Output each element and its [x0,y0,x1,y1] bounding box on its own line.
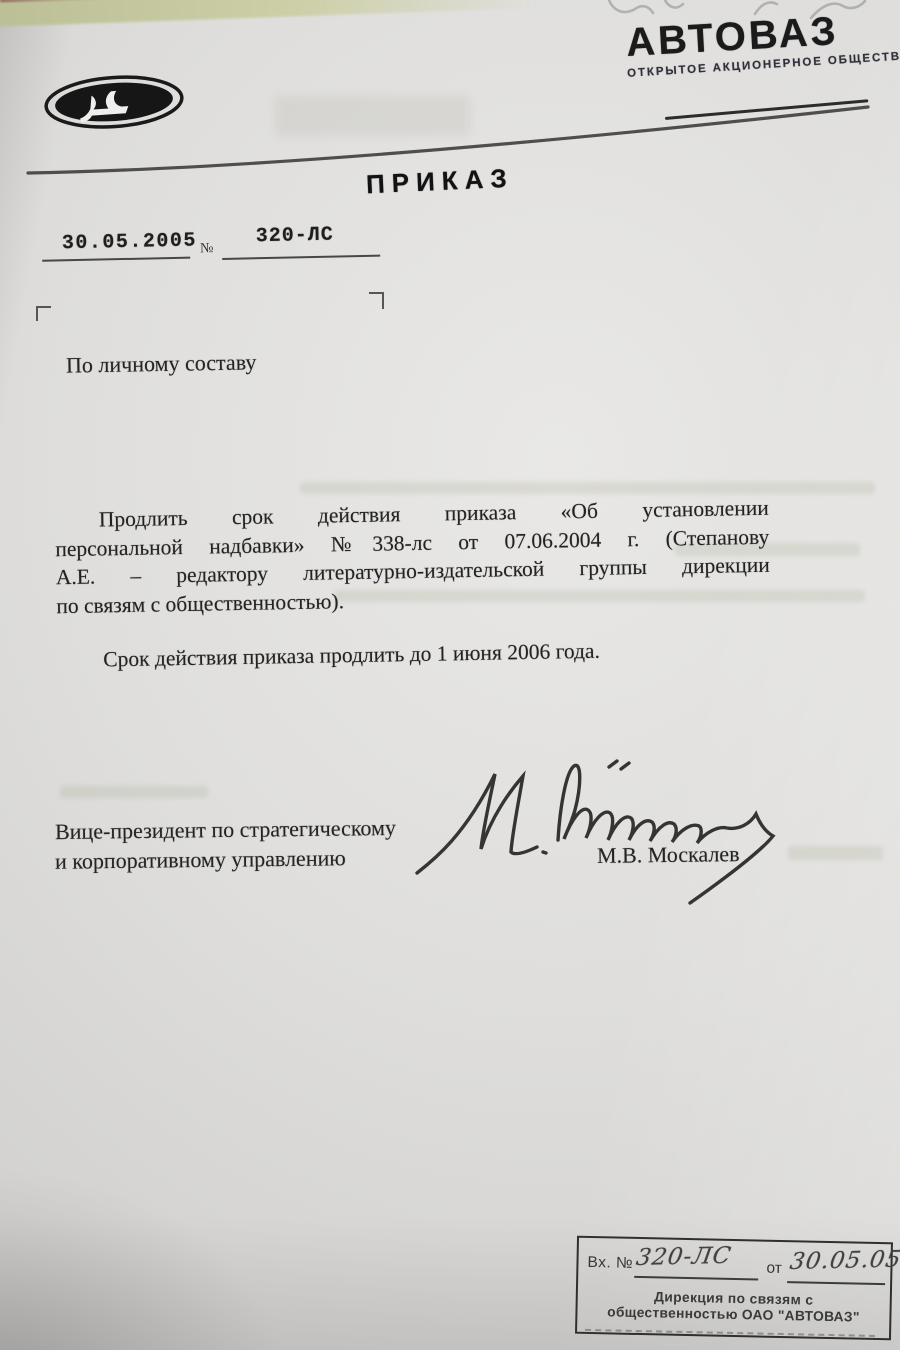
order-body: Продлить срок действия приказа «Об устан… [55,494,772,675]
order-number: 320-ЛС [256,224,334,249]
signer-title-line1: Вице-президент по стратегическому [55,815,396,845]
body-paragraph-2: Срок действия приказа продлить до 1 июня… [57,634,771,675]
number-sign: № [200,241,214,257]
stamp-date-underline [787,1281,885,1285]
stamp-in-number-handwritten: 320-ЛС [634,1243,733,1271]
date-number-row: 30.05.2005 № 320-ЛС [40,221,401,274]
stamp-from-label: от [766,1260,782,1278]
signer-title-line2: и корпоративному управлению [55,845,346,875]
scanned-order-page: АВТОВАЗ ОТКРЫТОЕ АКЦИОНЕРНОЕ ОБЩЕСТВО ПР… [0,0,900,1350]
corner-mark-right [369,292,384,309]
stamp-in-label: Вх. № [587,1254,633,1273]
stamp-bottom-smudge [585,1329,875,1337]
header-divider-line [0,0,900,260]
incoming-stamp: Вх. № 320-ЛС от 30.05.05г. Дирекция по с… [575,1236,893,1341]
handwritten-signature [415,755,825,915]
bleedthrough-mark [300,482,875,494]
stamp-number-underline [634,1276,758,1281]
date-underline [42,257,190,262]
order-date: 30.05.2005 [62,229,197,255]
corner-mark-left [36,306,51,321]
number-underline [222,255,380,260]
subject-line: По личному составу [66,349,257,378]
bleedthrough-mark [60,786,208,798]
stamp-date-handwritten: 30.05.05г. [788,1246,900,1275]
